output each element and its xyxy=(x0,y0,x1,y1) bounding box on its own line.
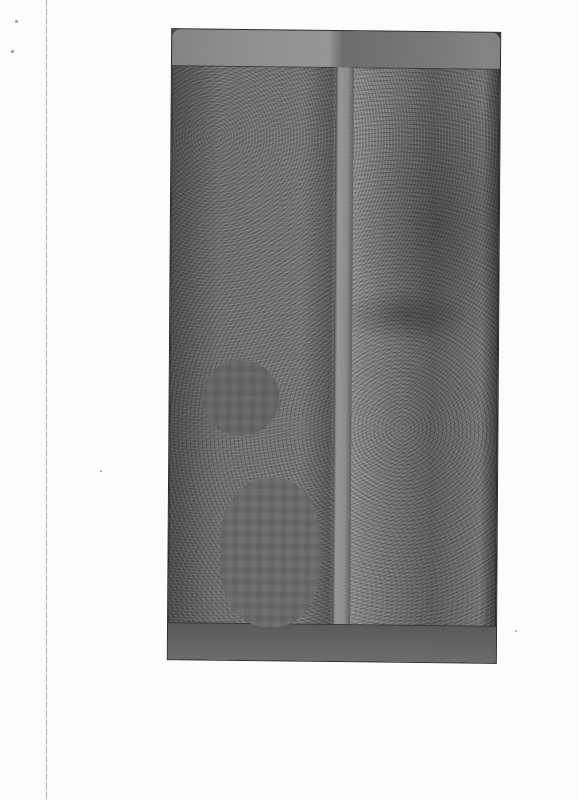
binding-margin-line xyxy=(46,0,47,800)
scan-speck xyxy=(515,630,517,632)
scan-speck xyxy=(100,470,102,472)
envelope-top-flap xyxy=(172,29,500,70)
envelope-image xyxy=(167,28,501,664)
envelope-center-seam xyxy=(332,67,354,625)
redaction-2 xyxy=(220,477,321,628)
envelope-bottom-flap xyxy=(168,622,496,663)
scanned-page xyxy=(0,0,579,800)
scan-speck xyxy=(11,50,14,53)
redaction-1 xyxy=(201,360,280,437)
scan-speck xyxy=(15,20,18,23)
